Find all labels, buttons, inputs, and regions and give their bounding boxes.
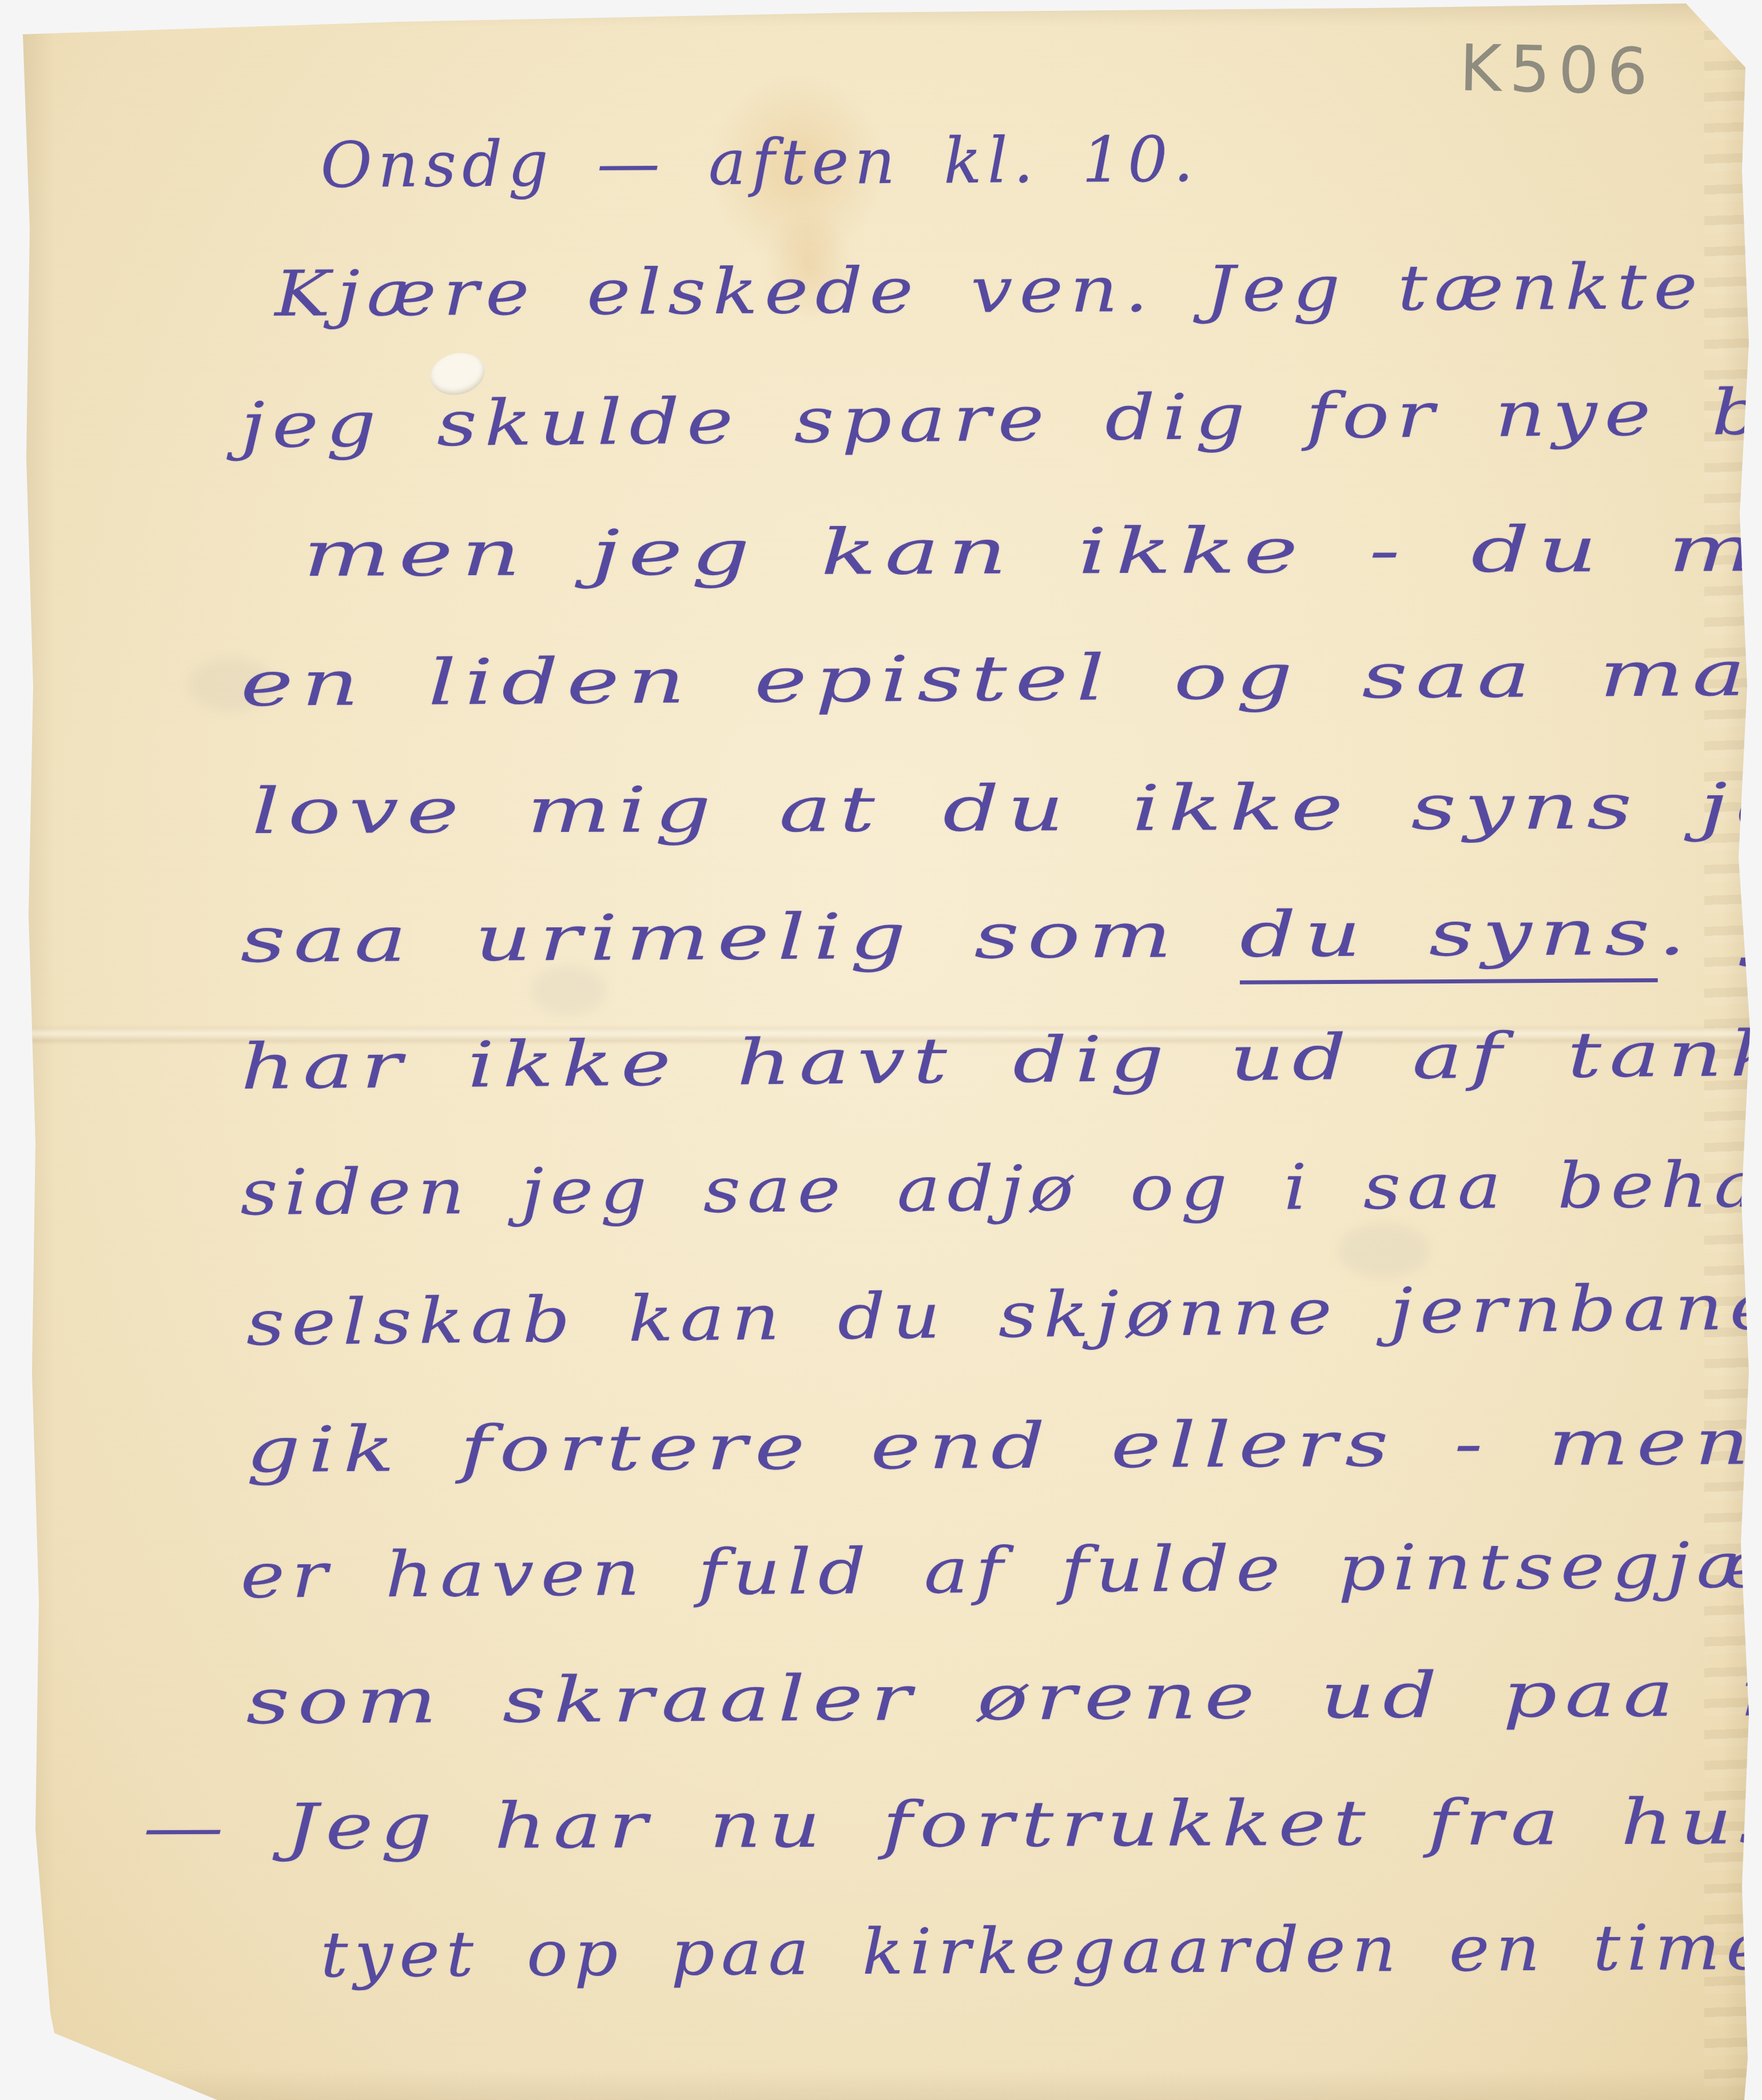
letter-line: love mig at du ikke syns jeg er <box>252 768 1762 848</box>
line-text: . Jeg <box>1658 895 1762 969</box>
line-text: saa urimelig som <box>240 898 1240 977</box>
letter-line: gik fortere end ellers - men her <box>246 1404 1762 1487</box>
underlined-words: du syns <box>1240 896 1658 985</box>
letter-line: jeg skulde spare dig for nye brev - <box>240 373 1762 462</box>
letter-line: siden jeg sae adjø og i saa behageligt <box>240 1147 1762 1229</box>
scanned-letter: { "scan": { "catalog_mark": "K506", "ink… <box>0 0 1762 2100</box>
letter-line: tyet op paa kirkegaarden en times tid. <box>320 1910 1762 1991</box>
letter-page: K506 Onsdg — aften kl. 10. Kjære elskede… <box>0 0 1762 2100</box>
letter-line: som skraaler ørene ud paa mig. — <box>246 1655 1762 1738</box>
letter-line: er haven fuld af fulde pintsegjæster <box>240 1527 1762 1612</box>
letter-line: har ikke havt dig ud af tankerne <box>240 1015 1762 1103</box>
letter-line-date: Onsdg — aften kl. 10. <box>320 122 1199 202</box>
paper-edge-bottom <box>0 2070 1762 2100</box>
letter-line: — Jeg har nu fortrukket fra huset og <box>143 1784 1762 1864</box>
letter-line-underlined: saa urimelig som du syns. Jeg <box>240 895 1762 977</box>
letter-line: Kjære elskede ven. Jeg tænkte <box>275 250 1704 330</box>
letter-line: men jeg kan ikke - du maa ha <box>303 511 1762 591</box>
paper-edge-left <box>21 0 55 2100</box>
paper-edge-top <box>0 0 1762 26</box>
letter-line: en liden epistel og saa maa du <box>240 635 1762 720</box>
catalog-number: K506 <box>1459 31 1657 109</box>
